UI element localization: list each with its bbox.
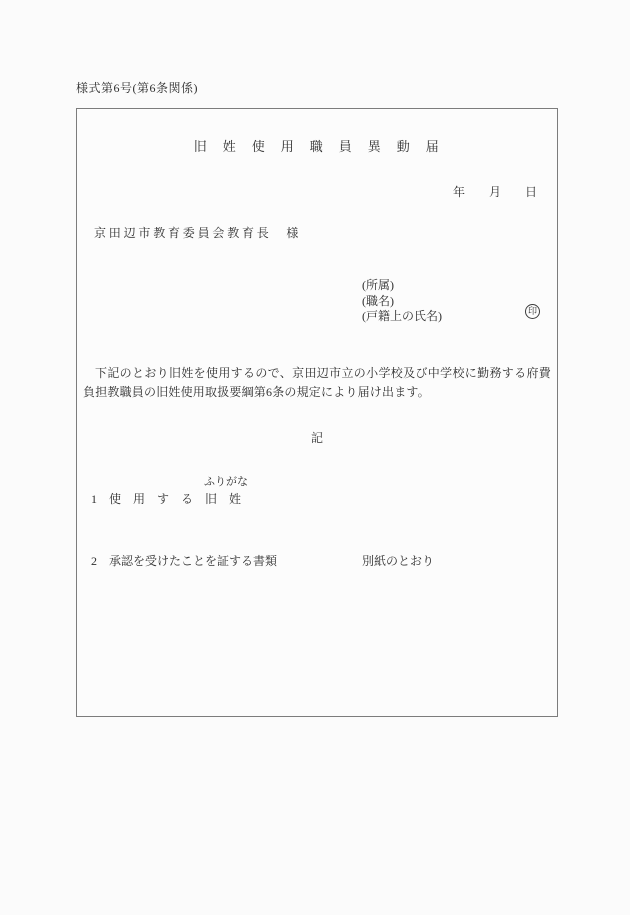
addressee-line: 京田辺市教育委員会教育長 様 (94, 226, 301, 241)
item-2-value: 別紙のとおり (362, 554, 434, 569)
applicant-fields-block: (所属) (職名) (戸籍上の氏名) (362, 278, 442, 325)
seal-icon: 印 (525, 304, 540, 319)
item-2-label: 2 承認を受けたことを証する書類 (91, 554, 277, 569)
affiliation-label: (所属) (362, 278, 442, 294)
body-paragraph: 下記のとおり旧姓を使用するので、京田辺市立の小学校及び中学校に勤務する府費負担教… (83, 364, 551, 401)
item-1-label: 1 使 用 す る 旧 姓 (91, 492, 241, 507)
position-label: (職名) (362, 294, 442, 310)
form-number-label: 様式第6号(第6条関係) (76, 81, 198, 96)
form-border-box: 旧 姓 使 用 職 員 異 動 届 年 月 日 京田辺市教育委員会教育長 様 (… (76, 108, 558, 717)
section-marker: 記 (77, 431, 557, 446)
form-title: 旧 姓 使 用 職 員 異 動 届 (77, 139, 557, 155)
legal-name-label: (戸籍上の氏名) (362, 309, 442, 325)
date-line: 年 月 日 (453, 185, 537, 200)
furigana-label: ふりがな (204, 476, 248, 490)
document-page: 様式第6号(第6条関係) 旧 姓 使 用 職 員 異 動 届 年 月 日 京田辺… (0, 0, 630, 915)
